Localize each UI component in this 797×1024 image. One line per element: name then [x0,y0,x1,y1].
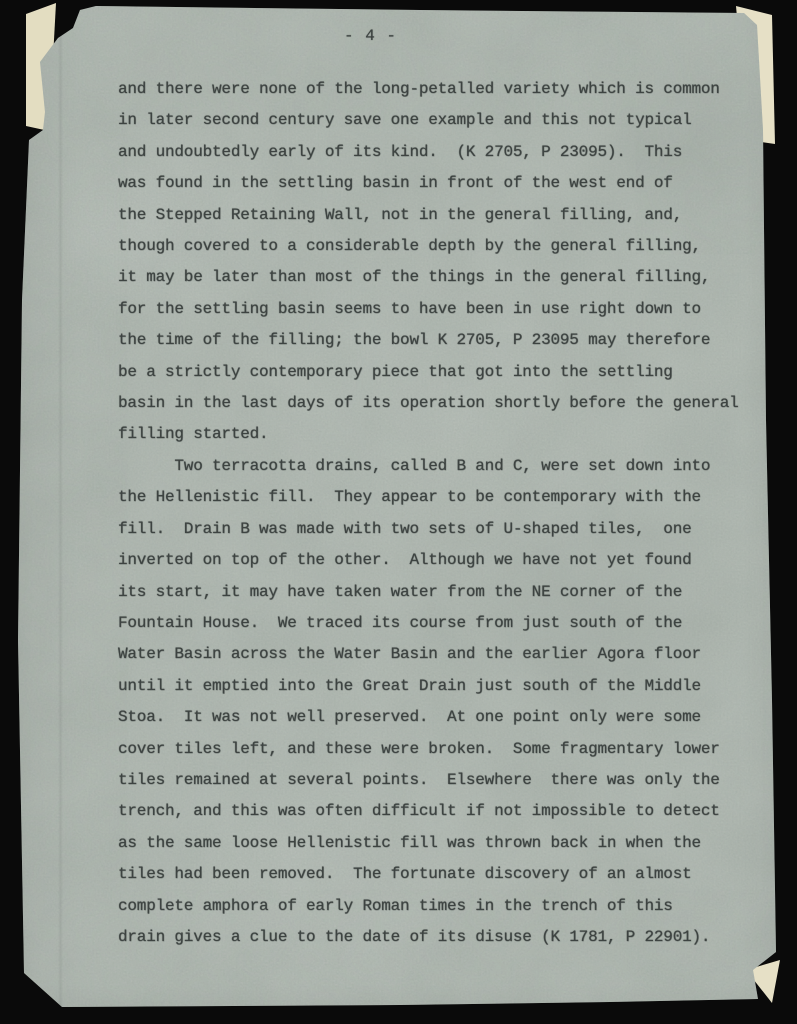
typed-line: drain gives a clue to the date of its di… [118,922,768,953]
typed-line: and there were none of the long-petalled… [118,74,768,105]
typed-line: Fountain House. We traced its course fro… [118,608,768,639]
typed-line: complete amphora of early Roman times in… [118,891,768,922]
typed-line: the Hellenistic fill. They appear to be … [118,482,768,513]
typed-line: tiles remained at several points. Elsewh… [118,765,768,796]
typed-line: Water Basin across the Water Basin and t… [118,639,768,670]
typed-line: fill. Drain B was made with two sets of … [118,514,768,545]
typed-line: it may be later than most of the things … [118,262,768,293]
typed-text-block: and there were none of the long-petalled… [118,74,768,953]
typed-line: tiles had been removed. The fortunate di… [118,859,768,890]
typed-line: filling started. [118,419,768,450]
typed-line: its start, it may have taken water from … [118,577,768,608]
document-page: - 4 - and there were none of the long-pe… [0,0,797,1024]
typed-line: inverted on top of the other. Although w… [118,545,768,576]
typed-line: the time of the filling; the bowl K 2705… [118,325,768,356]
typed-line: was found in the settling basin in front… [118,168,768,199]
typed-line: until it emptied into the Great Drain ju… [118,671,768,702]
typed-line: cover tiles left, and these were broken.… [118,734,768,765]
typed-line: be a strictly contemporary piece that go… [118,357,768,388]
typed-line: though covered to a considerable depth b… [118,231,768,262]
scan-background: - 4 - and there were none of the long-pe… [0,0,797,1024]
typed-line: as the same loose Hellenistic fill was t… [118,828,768,859]
paper-crease [58,0,63,1024]
typed-line: the Stepped Retaining Wall, not in the g… [118,200,768,231]
typed-line: in later second century save one example… [118,105,768,136]
typed-line: Two terracotta drains, called B and C, w… [118,451,768,482]
typed-line: trench, and this was often difficult if … [118,796,768,827]
page-number: - 4 - [344,27,397,45]
typed-line: Stoa. It was not well preserved. At one … [118,702,768,733]
typed-line: basin in the last days of its operation … [118,388,768,419]
paper-speck [24,126,28,131]
typed-line: for the settling basin seems to have bee… [118,294,768,325]
typed-line: and undoubtedly early of its kind. (K 27… [118,137,768,168]
